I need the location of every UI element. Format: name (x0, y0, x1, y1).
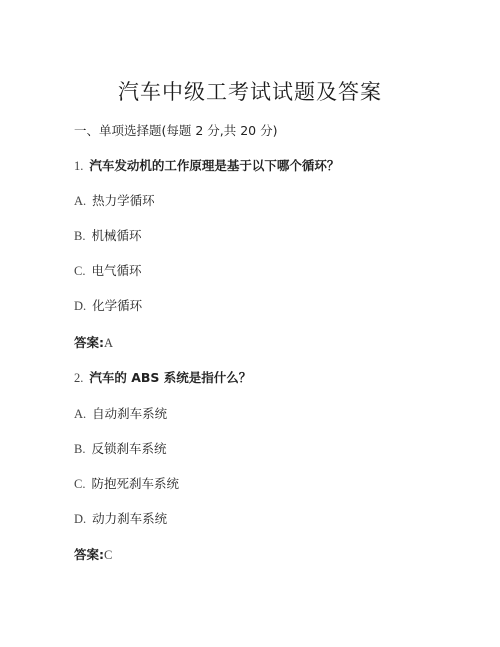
answer-label: 答案: (74, 547, 104, 562)
answer-value: A (104, 336, 113, 350)
option-label: B. (74, 442, 85, 456)
question-number: 2. (74, 371, 83, 385)
q1-option-b: B.机械循环 (74, 228, 141, 244)
option-text: 机械循环 (91, 228, 141, 243)
q1-option-a: A.热力学循环 (74, 193, 155, 209)
q2-answer: 答案:C (74, 547, 112, 563)
option-text: 电气循环 (91, 263, 141, 278)
q2-option-b: B.反锁刹车系统 (74, 441, 166, 457)
question-text: 汽车的 ABS 系统是指什么？ (89, 370, 251, 385)
option-text: 热力学循环 (92, 193, 155, 208)
option-label: A. (74, 407, 86, 421)
q2-option-d: D.动力刹车系统 (74, 511, 167, 527)
option-label: C. (74, 477, 85, 491)
answer-label: 答案: (74, 335, 104, 350)
option-text: 化学循环 (92, 298, 142, 313)
option-text: 自动刹车系统 (92, 406, 167, 421)
option-label: D. (74, 512, 86, 526)
option-text: 防抱死刹车系统 (91, 476, 179, 491)
document-title: 汽车中级工考试试题及答案 (0, 76, 500, 106)
answer-value: C (104, 548, 112, 562)
question-number: 1. (74, 159, 83, 173)
document-page: 汽车中级工考试试题及答案 一、单项选择题(每题 2 分,共 20 分) 1.汽车… (0, 0, 500, 647)
option-label: A. (74, 194, 86, 208)
question-text: 汽车发动机的工作原理是基于以下哪个循环？ (89, 158, 339, 173)
q2-option-c: C.防抱死刹车系统 (74, 476, 179, 492)
q1-option-d: D.化学循环 (74, 298, 142, 314)
option-label: D. (74, 299, 86, 313)
option-text: 反锁刹车系统 (91, 441, 166, 456)
question-2: 2.汽车的 ABS 系统是指什么？ (74, 370, 251, 386)
question-1: 1.汽车发动机的工作原理是基于以下哪个循环？ (74, 158, 339, 174)
q1-answer: 答案:A (74, 335, 113, 351)
option-label: B. (74, 229, 85, 243)
option-text: 动力刹车系统 (92, 511, 167, 526)
option-label: C. (74, 264, 85, 278)
q2-option-a: A.自动刹车系统 (74, 406, 167, 422)
q1-option-c: C.电气循环 (74, 263, 141, 279)
section-heading: 一、单项选择题(每题 2 分,共 20 分) (74, 123, 277, 139)
